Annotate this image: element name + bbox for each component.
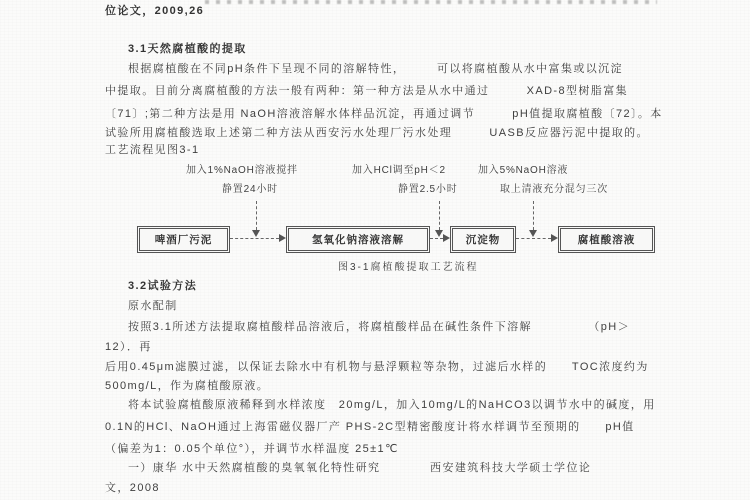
- flow-annotation-step1: 加入1%NaOH溶液搅拌: [186, 164, 298, 178]
- section-heading-extraction: 3.1天然腐植酸的提取: [128, 42, 247, 56]
- paragraph-line: 将本试验腐植酸原液稀释到水样浓度 20mg/L，加入10mg/L的NaHCO3以…: [128, 398, 656, 412]
- flow-annotation-step2-time: 静置2.5小时: [398, 183, 458, 197]
- paragraph-line: 工艺流程见图3-1: [105, 143, 200, 157]
- flow-box-brewery-sludge: 啤酒厂污泥: [137, 226, 230, 253]
- arrow-down-icon: [252, 230, 260, 237]
- arrow-down-icon: [533, 201, 534, 230]
- arrow-down-icon: [529, 230, 537, 237]
- paragraph-line: 按照3.1所述方法提取腐植酸样品溶液后，将腐植酸样品在碱性条件下溶解 （pH＞: [128, 320, 630, 334]
- flow-annotation-step3-time: 取上清液充分混匀三次: [500, 183, 608, 197]
- figure-caption: 图3-1腐植酸提取工艺流程: [338, 261, 478, 275]
- flow-box-naoh-dissolution: 氢氧化钠溶液溶解: [286, 226, 430, 253]
- page-header-fragment: 位论文，2009,26: [105, 4, 204, 18]
- scanned-document-page: 位论文，2009,26 3.1天然腐植酸的提取 根据腐植酸在不同pH条件下呈现不…: [0, 0, 750, 500]
- arrow-right-icon: [279, 234, 286, 242]
- arrow-right-icon: [551, 234, 558, 242]
- paragraph-line: 12）．再: [105, 340, 152, 354]
- arrow-down-icon: [439, 201, 440, 230]
- cropped-text-artifact: [205, 0, 657, 4]
- flow-annotation-step2: 加入HCl调至pH＜2: [352, 164, 446, 178]
- flow-box-humic-acid-solution: 腐植酸溶液: [558, 226, 655, 253]
- section-heading-method: 3.2试验方法: [128, 279, 197, 293]
- flow-annotation-step3: 加入5%NaOH溶液: [478, 164, 568, 178]
- arrow-down-icon: [256, 201, 257, 230]
- paragraph-line: 0.1N的HCl、NaOH通过上海雷磁仪器厂产 PHS-2C型精密酸度计将水样调…: [105, 420, 635, 434]
- subsection-heading-raw-water: 原水配制: [128, 299, 178, 313]
- flow-box-precipitate: 沉淀物: [450, 226, 516, 253]
- reference-line: 文，2008: [105, 481, 160, 495]
- paragraph-line: 500mg/L，作为腐植酸原液。: [105, 379, 269, 393]
- reference-line: 一）康华 水中天然腐植酸的臭氧氧化特性研究 西安建筑科技大学硕士学位论: [128, 461, 591, 475]
- paragraph-line: 中提取。目前分离腐植酸的方法一般有两种：第一种方法是从水中通过 XAD-8型树脂…: [105, 84, 628, 98]
- paragraph-line: 根据腐植酸在不同pH条件下呈现不同的溶解特性， 可以将腐植酸从水中富集或以沉淀: [128, 62, 623, 76]
- paragraph-line: （偏差为1：0.05个单位°），并调节水样温度 25±1℃: [105, 442, 399, 456]
- paragraph-line: 〔71〕;第二种方法是用 NaOH溶液溶解水体样品沉淀，再通过调节 pH值提取腐…: [105, 107, 663, 121]
- paragraph-line: 后用0.45μm滤膜过滤，以保证去除水中有机物与悬浮颗粒等杂物，过滤后水样的 T…: [105, 360, 649, 374]
- arrow-right-icon: [230, 238, 279, 239]
- arrow-right-icon: [516, 238, 551, 239]
- paragraph-line: 试验所用腐植酸选取上述第二种方法从西安污水处理厂污水处理 UASB反应器污泥中提…: [105, 126, 649, 140]
- arrow-right-icon: [443, 234, 450, 242]
- flow-annotation-step1-time: 静置24小时: [222, 183, 278, 197]
- arrow-right-icon: [430, 238, 443, 239]
- arrow-down-icon: [435, 230, 443, 237]
